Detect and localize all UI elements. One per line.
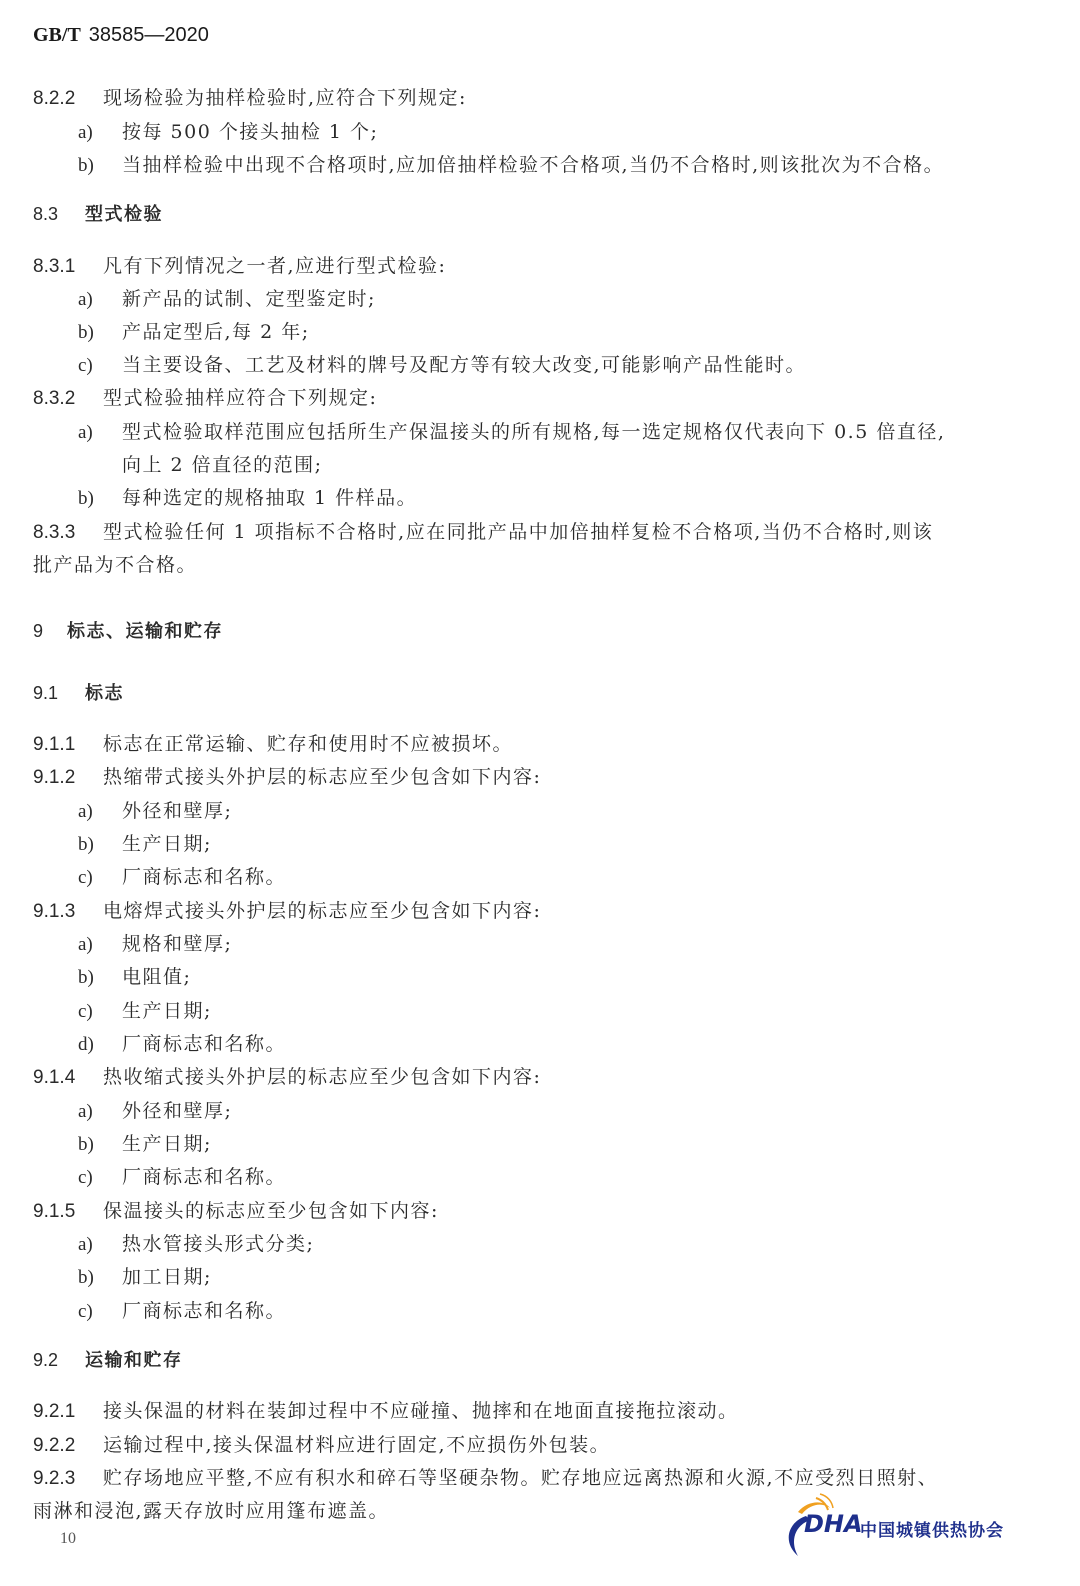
logo-abbr: DHA bbox=[804, 1510, 863, 1538]
clause-text: 厂商标志和名称。 bbox=[122, 1300, 286, 1322]
clause-number: b) bbox=[78, 322, 122, 344]
clause-number: 9.1.2 bbox=[33, 767, 103, 789]
clause-line: 9.1.4热收缩式接头外护层的标志应至少包含如下内容: bbox=[33, 1062, 541, 1089]
clause-number: 9.1 bbox=[33, 683, 85, 704]
clause-text: 型式检验抽样应符合下列规定: bbox=[103, 387, 377, 409]
clause-line: 9.1.5保温接头的标志应至少包含如下内容: bbox=[33, 1196, 439, 1223]
clause-text: 厂商标志和名称。 bbox=[122, 1166, 286, 1188]
list-item: d)厂商标志和名称。 bbox=[78, 1029, 286, 1056]
list-item: c)厂商标志和名称。 bbox=[78, 1162, 286, 1189]
clause-text: 型式检验取样范围应包括所生产保温接头的所有规格,每一选定规格仅代表向下 0.5 … bbox=[122, 421, 945, 443]
clause-line: 批产品为不合格。 bbox=[33, 550, 197, 577]
clause-number: b) bbox=[78, 488, 122, 510]
list-item: b)每种选定的规格抽取 1 件样品。 bbox=[78, 483, 417, 510]
list-item: a)外径和壁厚; bbox=[78, 796, 232, 823]
list-item: b)当抽样检验中出现不合格项时,应加倍抽样检验不合格项,当仍不合格时,则该批次为… bbox=[78, 150, 944, 177]
clause-text: 运输和贮存 bbox=[85, 1350, 183, 1371]
clause-text: 产品定型后,每 2 年; bbox=[122, 321, 310, 343]
clause-text: 每种选定的规格抽取 1 件样品。 bbox=[122, 487, 417, 509]
clause-number: a) bbox=[78, 422, 122, 444]
clause-text: 按每 500 个接头抽检 1 个; bbox=[122, 121, 378, 143]
dha-logo: DHA 中国城镇供热协会 bbox=[776, 1492, 1056, 1562]
clause-text: 保温接头的标志应至少包含如下内容: bbox=[103, 1200, 439, 1222]
clause-number: a) bbox=[78, 289, 122, 311]
clause-text: 运输过程中,接头保温材料应进行固定,不应损伤外包装。 bbox=[103, 1434, 610, 1456]
clause-number: 9.2.1 bbox=[33, 1401, 103, 1423]
clause-text: 电阻值; bbox=[122, 966, 191, 988]
section-heading: 9标志、运输和贮存 bbox=[33, 617, 223, 643]
clause-number: 9 bbox=[33, 621, 67, 642]
clause-text: 接头保温的材料在装卸过程中不应碰撞、抛摔和在地面直接拖拉滚动。 bbox=[103, 1400, 739, 1422]
list-item: a)外径和壁厚; bbox=[78, 1096, 232, 1123]
clause-text: 外径和壁厚; bbox=[122, 1100, 232, 1122]
clause-text: 标志在正常运输、贮存和使用时不应被损坏。 bbox=[103, 733, 513, 755]
clause-number: c) bbox=[78, 867, 122, 889]
list-item: b)生产日期; bbox=[78, 829, 212, 856]
list-item: a)按每 500 个接头抽检 1 个; bbox=[78, 117, 378, 144]
clause-number: d) bbox=[78, 1034, 122, 1056]
clause-line: 向上 2 倍直径的范围; bbox=[122, 450, 323, 477]
standard-prefix: GB/T bbox=[33, 24, 81, 46]
list-item: b)加工日期; bbox=[78, 1262, 212, 1289]
clause-number: 8.3 bbox=[33, 204, 85, 225]
list-item: a)热水管接头形式分类; bbox=[78, 1229, 314, 1256]
list-item: a)规格和壁厚; bbox=[78, 929, 232, 956]
clause-number: b) bbox=[78, 967, 122, 989]
standard-number: 38585—2020 bbox=[89, 24, 209, 46]
clause-number: a) bbox=[78, 934, 122, 956]
clause-number: 9.1.5 bbox=[33, 1201, 103, 1223]
clause-line: 雨淋和浸泡,露天存放时应用篷布遮盖。 bbox=[33, 1496, 389, 1523]
clause-line: 9.1.3电熔焊式接头外护层的标志应至少包含如下内容: bbox=[33, 896, 541, 923]
list-item: c)当主要设备、工艺及材料的牌号及配方等有较大改变,可能影响产品性能时。 bbox=[78, 350, 806, 377]
clause-line: 8.3.3型式检验任何 1 项指标不合格时,应在同批产品中加倍抽样复检不合格项,… bbox=[33, 517, 933, 544]
clause-line: 8.3.1凡有下列情况之一者,应进行型式检验: bbox=[33, 251, 446, 278]
list-item: a)型式检验取样范围应包括所生产保温接头的所有规格,每一选定规格仅代表向下 0.… bbox=[78, 417, 945, 444]
clause-line: 9.2.3贮存场地应平整,不应有积水和碎石等坚硬杂物。贮存地应远离热源和火源,不… bbox=[33, 1463, 938, 1490]
clause-number: a) bbox=[78, 122, 122, 144]
clause-text: 标志 bbox=[85, 683, 124, 704]
clause-line: 8.3.2型式检验抽样应符合下列规定: bbox=[33, 383, 377, 410]
clause-number: 8.3.1 bbox=[33, 256, 103, 278]
clause-text: 外径和壁厚; bbox=[122, 800, 232, 822]
clause-line: 9.1.1标志在正常运输、贮存和使用时不应被损坏。 bbox=[33, 729, 513, 756]
clause-number: c) bbox=[78, 1167, 122, 1189]
clause-number: c) bbox=[78, 1301, 122, 1323]
clause-number: b) bbox=[78, 834, 122, 856]
list-item: c)厂商标志和名称。 bbox=[78, 1296, 286, 1323]
clause-text: 热缩带式接头外护层的标志应至少包含如下内容: bbox=[103, 766, 541, 788]
clause-text: 生产日期; bbox=[122, 1133, 212, 1155]
clause-text: 厂商标志和名称。 bbox=[122, 866, 286, 888]
logo-org-name: 中国城镇供热协会 bbox=[860, 1516, 1004, 1541]
list-item: c)生产日期; bbox=[78, 996, 212, 1023]
clause-line: 9.1.2热缩带式接头外护层的标志应至少包含如下内容: bbox=[33, 762, 541, 789]
clause-text: 标志、运输和贮存 bbox=[67, 621, 223, 642]
list-item: b)电阻值; bbox=[78, 962, 191, 989]
clause-text: 现场检验为抽样检验时,应符合下列规定: bbox=[103, 87, 467, 109]
clause-number: a) bbox=[78, 1101, 122, 1123]
clause-text: 热水管接头形式分类; bbox=[122, 1233, 314, 1255]
clause-text: 当主要设备、工艺及材料的牌号及配方等有较大改变,可能影响产品性能时。 bbox=[122, 354, 806, 376]
clause-number: 9.1.4 bbox=[33, 1067, 103, 1089]
clause-text: 贮存场地应平整,不应有积水和碎石等坚硬杂物。贮存地应远离热源和火源,不应受烈日照… bbox=[103, 1467, 938, 1489]
clause-text: 电熔焊式接头外护层的标志应至少包含如下内容: bbox=[103, 900, 541, 922]
section-heading: 9.1标志 bbox=[33, 679, 124, 705]
clause-line: 9.2.2运输过程中,接头保温材料应进行固定,不应损伤外包装。 bbox=[33, 1430, 610, 1457]
clause-number: b) bbox=[78, 155, 122, 177]
list-item: a)新产品的试制、定型鉴定时; bbox=[78, 284, 376, 311]
clause-line: 9.2.1接头保温的材料在装卸过程中不应碰撞、抛摔和在地面直接拖拉滚动。 bbox=[33, 1396, 739, 1423]
page-number: 10 bbox=[60, 1530, 76, 1548]
list-item: b)产品定型后,每 2 年; bbox=[78, 317, 310, 344]
clause-text: 新产品的试制、定型鉴定时; bbox=[122, 288, 376, 310]
clause-text: 生产日期; bbox=[122, 1000, 212, 1022]
clause-text: 厂商标志和名称。 bbox=[122, 1033, 286, 1055]
clause-text: 生产日期; bbox=[122, 833, 212, 855]
clause-text: 雨淋和浸泡,露天存放时应用篷布遮盖。 bbox=[33, 1500, 389, 1522]
clause-number: 8.3.3 bbox=[33, 522, 103, 544]
clause-number: c) bbox=[78, 355, 122, 377]
clause-number: a) bbox=[78, 801, 122, 823]
section-heading: 8.3型式检验 bbox=[33, 200, 163, 226]
clause-number: c) bbox=[78, 1001, 122, 1023]
list-item: c)厂商标志和名称。 bbox=[78, 862, 286, 889]
clause-line: 8.2.2现场检验为抽样检验时,应符合下列规定: bbox=[33, 83, 467, 110]
list-item: b)生产日期; bbox=[78, 1129, 212, 1156]
clause-number: 9.1.3 bbox=[33, 901, 103, 923]
clause-text: 型式检验 bbox=[85, 204, 163, 225]
clause-number: 9.1.1 bbox=[33, 734, 103, 756]
clause-number: a) bbox=[78, 1234, 122, 1256]
clause-number: 9.2.3 bbox=[33, 1468, 103, 1490]
standard-header: GB/T38585—2020 bbox=[33, 22, 209, 47]
clause-text: 加工日期; bbox=[122, 1266, 212, 1288]
section-heading: 9.2运输和贮存 bbox=[33, 1346, 183, 1372]
clause-text: 凡有下列情况之一者,应进行型式检验: bbox=[103, 255, 446, 277]
clause-number: 9.2 bbox=[33, 1350, 85, 1371]
clause-text: 向上 2 倍直径的范围; bbox=[122, 454, 323, 476]
clause-text: 型式检验任何 1 项指标不合格时,应在同批产品中加倍抽样复检不合格项,当仍不合格… bbox=[103, 521, 933, 543]
clause-number: b) bbox=[78, 1134, 122, 1156]
clause-number: 8.3.2 bbox=[33, 388, 103, 410]
clause-number: 8.2.2 bbox=[33, 88, 103, 110]
clause-number: b) bbox=[78, 1267, 122, 1289]
clause-text: 规格和壁厚; bbox=[122, 933, 232, 955]
clause-text: 当抽样检验中出现不合格项时,应加倍抽样检验不合格项,当仍不合格时,则该批次为不合… bbox=[122, 154, 944, 176]
clause-text: 热收缩式接头外护层的标志应至少包含如下内容: bbox=[103, 1066, 541, 1088]
clause-text: 批产品为不合格。 bbox=[33, 554, 197, 576]
clause-number: 9.2.2 bbox=[33, 1435, 103, 1457]
